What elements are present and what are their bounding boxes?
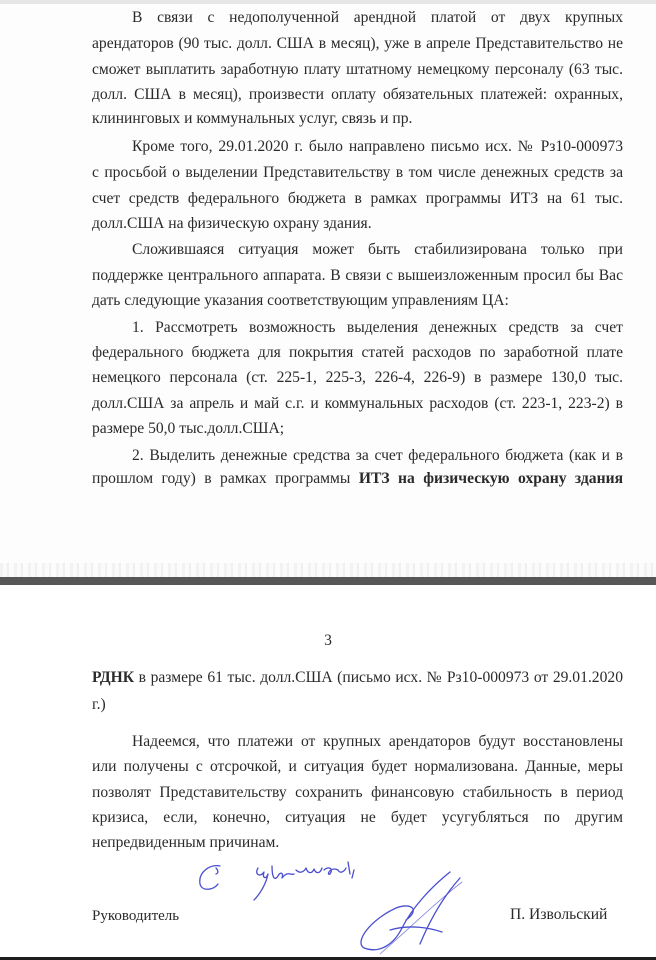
page-number: 3 — [0, 631, 656, 651]
continuation-line: РДНК в размере 61 тыс. долл.США (письмо … — [92, 668, 623, 688]
paragraph-line: счет средств федерального бюджета в рамк… — [92, 189, 623, 209]
paragraph-line: долл. США в месяц), произвести оплату об… — [92, 85, 623, 105]
list-item-2-bold-text: ИТЗ на физическую охрану здания — [359, 470, 623, 487]
closing-paragraph-line: кризиса, если, конечно, ситуация не буде… — [92, 808, 623, 828]
closing-paragraph-line: позволят Представительству сохранить фин… — [92, 783, 623, 803]
paragraph-line: В связи с недополученной арендной платой… — [132, 8, 623, 28]
paragraph-line: арендаторов (90 тыс. долл. США в месяц),… — [92, 34, 623, 54]
list-item-2-line: прошлом году) в рамках программы ИТЗ на … — [92, 469, 623, 489]
signatory-title: Руководитель — [92, 906, 179, 926]
continuation-bold-text: РДНК — [92, 669, 134, 686]
closing-paragraph-line: или получены с отсрочкой, и ситуация буд… — [92, 757, 623, 777]
list-item-1-line: долл.США за апрель и май с.г. и коммунал… — [92, 394, 623, 414]
page-top-edge — [0, 0, 656, 4]
list-item-1-line: федерального бюджета для покрытия статей… — [92, 343, 623, 363]
paragraph-line: с просьбой о выделении Представительству… — [92, 163, 623, 183]
paragraph-line: поддержке центрального аппарата. В связи… — [92, 266, 623, 286]
paragraph-line: дать следующие указания соответствующим … — [92, 291, 623, 311]
signatory-name: П. Извольский — [510, 905, 607, 925]
paragraph-line: сможет выплатить заработную плату штатно… — [92, 60, 623, 80]
continuation-text: в размере 61 тыс. долл.США (письмо исх. … — [134, 669, 623, 686]
scan-noise — [0, 563, 656, 577]
paragraph-line: клининговых и коммунальных услуг, связь … — [92, 109, 623, 129]
handwritten-signature — [180, 858, 480, 958]
paragraph-line: Сложившаяся ситуация может быть стабилиз… — [132, 240, 623, 260]
continuation-line: г.) — [92, 695, 623, 715]
list-item-1-line: немецкого персонала (ст. 225-1, 225-3, 2… — [92, 368, 623, 388]
list-item-1-line: размере 50,0 тыс.долл.США; — [92, 419, 623, 439]
list-item-2-text: прошлом году) в рамках программы — [92, 470, 359, 487]
list-item-1-line: 1. Рассмотреть возможность выделения ден… — [132, 318, 623, 338]
closing-paragraph-line: непредвиденным причинам. — [92, 833, 623, 853]
list-item-2-line: 2. Выделить денежные средства за счет фе… — [132, 446, 623, 466]
document-page-2: В связи с недополученной арендной платой… — [0, 0, 656, 577]
page-separator — [0, 577, 656, 585]
paragraph-line: Кроме того, 29.01.2020 г. было направлен… — [132, 137, 623, 157]
paragraph-line: долл.США на физическую охрану здания. — [92, 214, 623, 234]
closing-paragraph-line: Надеемся, что платежи от крупных арендат… — [132, 732, 623, 752]
